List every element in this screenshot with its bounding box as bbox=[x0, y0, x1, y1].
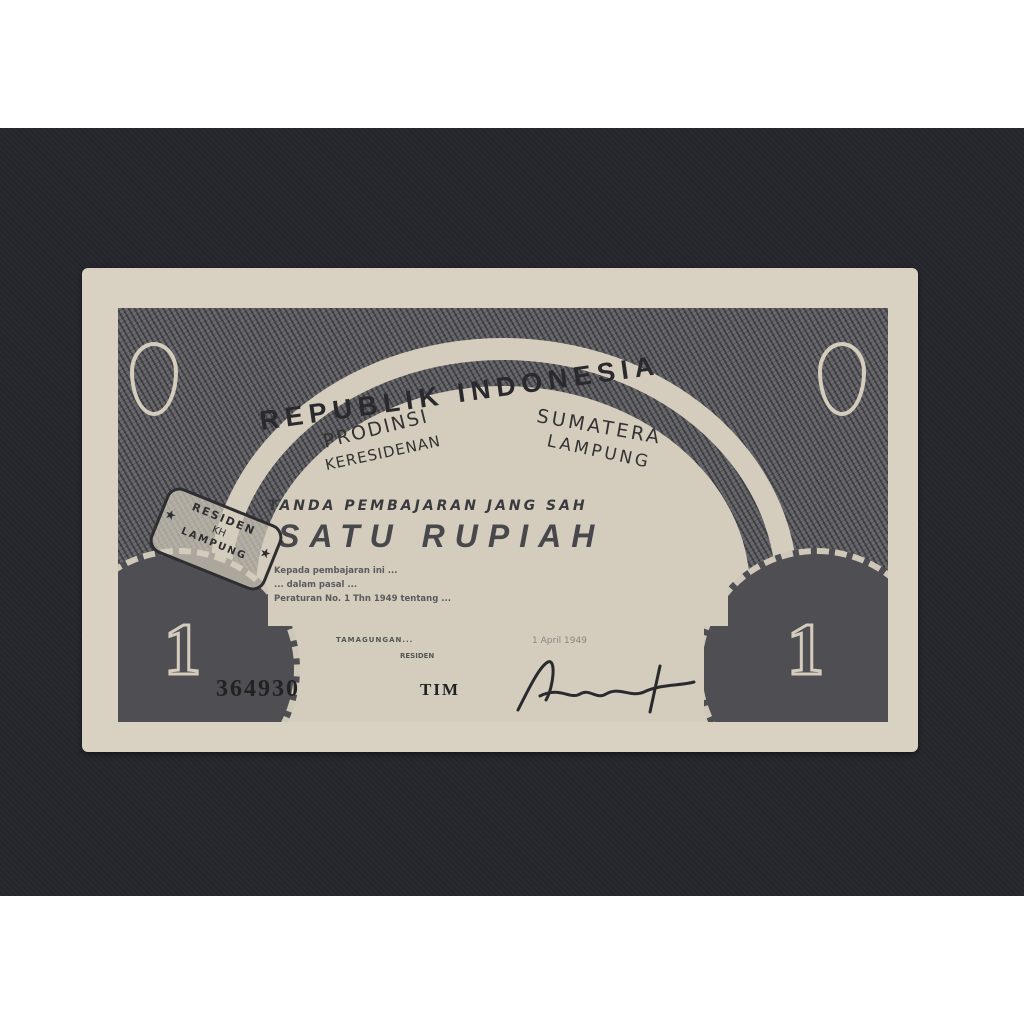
leaf-ornament-left bbox=[130, 342, 178, 416]
signature-icon bbox=[510, 656, 700, 716]
signer-subtitle: RESIDEN bbox=[400, 652, 434, 660]
leaf-ornament-right bbox=[818, 342, 866, 416]
legal-text-line: ... dalam pasal ... bbox=[274, 578, 724, 592]
legal-text: Kepada pembajaran ini ... ... dalam pasa… bbox=[274, 564, 724, 606]
serial-block: TIM bbox=[420, 680, 460, 700]
denomination-text: SATU RUPIAH bbox=[278, 518, 604, 555]
issue-date: 1 April 1949 bbox=[532, 636, 587, 646]
banknote: 1 1 REPUBLIK INDONESIA PRODINSI SUMATERA… bbox=[82, 268, 918, 752]
printed-design-area: 1 1 REPUBLIK INDONESIA PRODINSI SUMATERA… bbox=[118, 308, 888, 722]
legal-text-line: Kepada pembajaran ini ... bbox=[274, 564, 724, 578]
legal-text-line: Peraturan No. 1 Thn 1949 tentang ... bbox=[274, 592, 724, 606]
signer-title: TAMAGUNGAN... bbox=[336, 636, 413, 644]
denomination-numeral-left: 1 bbox=[164, 608, 201, 693]
denomination-numeral-right: 1 bbox=[787, 608, 824, 693]
tagline: TANDA PEMBAJARAN JANG SAH bbox=[268, 498, 588, 514]
serial-number: 364930 bbox=[216, 676, 300, 703]
